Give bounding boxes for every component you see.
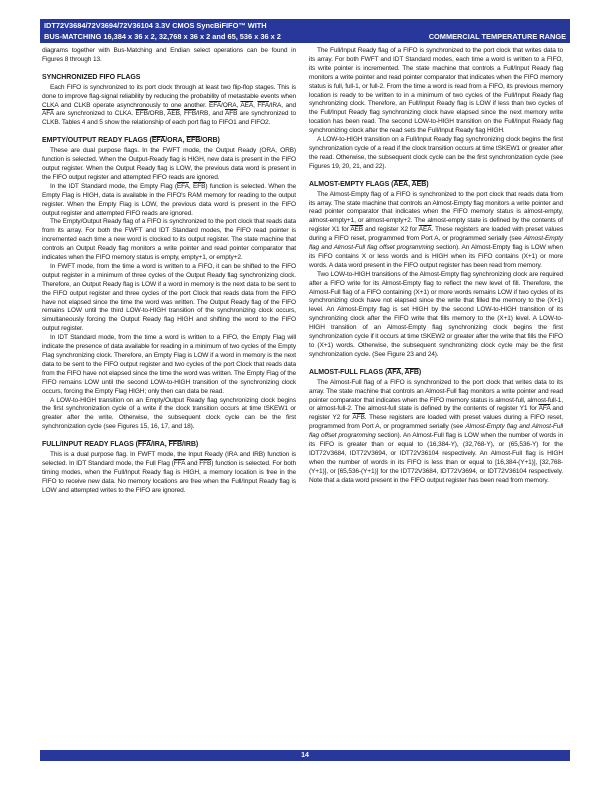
header-product-range: BUS-MATCHING 16,384 x 36 x 2, 32,768 x 3… [44, 31, 281, 42]
empty-paragraph-1: These are dual purpose flags. In the FWF… [42, 147, 296, 183]
empty-paragraph-6: A LOW-to-HIGH transition on an Empty/Out… [42, 397, 296, 433]
page-header: IDT72V3684/72V3694/72V36104 3.3V CMOS Sy… [40, 19, 570, 43]
page-number: 14 [301, 752, 309, 759]
almost-full-paragraph-1: The Almost-Full flag of a FIFO is synchr… [309, 379, 563, 486]
empty-paragraph-2: In the IDT Standard mode, the Empty Flag… [42, 183, 296, 219]
empty-paragraph-3: The Empty/Output Ready flag of a FIFO is… [42, 218, 296, 263]
header-title-line1: IDT72V3684/72V3694/72V36104 3.3V CMOS Sy… [44, 20, 566, 31]
almost-empty-paragraph-2: Two LOW-to-HIGH transitions of the Almos… [309, 271, 563, 360]
full-paragraph-1: This is a dual purpose flag. In FWFT mod… [42, 451, 296, 496]
header-title-line2: BUS-MATCHING 16,384 x 36 x 2, 32,768 x 3… [44, 31, 566, 42]
heading-almost-empty-flags: ALMOST-EMPTY FLAGS (AEA, AEB) [309, 181, 563, 190]
almost-empty-paragraph-1: The Almost-Empty flag of a FIFO is synch… [309, 191, 563, 271]
intro-paragraph: diagrams together with Bus-Matching and … [42, 47, 296, 65]
empty-paragraph-4: In FWFT mode, from the time a word is wr… [42, 263, 296, 334]
heading-full-input-ready-flags: FULL/INPUT READY FLAGS (FFA/IRA, FFB/IRB… [42, 441, 296, 450]
heading-synchronized-fifo-flags: SYNCHRONIZED FIFO FLAGS [42, 74, 296, 83]
full-paragraph-3: A LOW-to-HIGH transition on a Full/Input… [309, 136, 563, 172]
heading-almost-full-flags: ALMOST-FULL FLAGS (AFA, AFB) [309, 369, 563, 378]
empty-paragraph-5: In IDT Standard mode, from the time a wo… [42, 334, 296, 396]
full-paragraph-2: The Full/Input Ready flag of a FIFO is s… [309, 47, 563, 136]
sync-paragraph: Each FIFO is synchronized to its port cl… [42, 84, 296, 129]
left-column: diagrams together with Bus-Matching and … [42, 47, 296, 496]
header-temperature-range: COMMERCIAL TEMPERATURE RANGE [429, 31, 566, 42]
heading-empty-output-ready-flags: EMPTY/OUTPUT READY FLAGS (EFA/ORA, EFB/O… [42, 137, 296, 146]
page-footer: 14 [40, 750, 570, 761]
right-column: The Full/Input Ready flag of a FIFO is s… [309, 47, 563, 486]
